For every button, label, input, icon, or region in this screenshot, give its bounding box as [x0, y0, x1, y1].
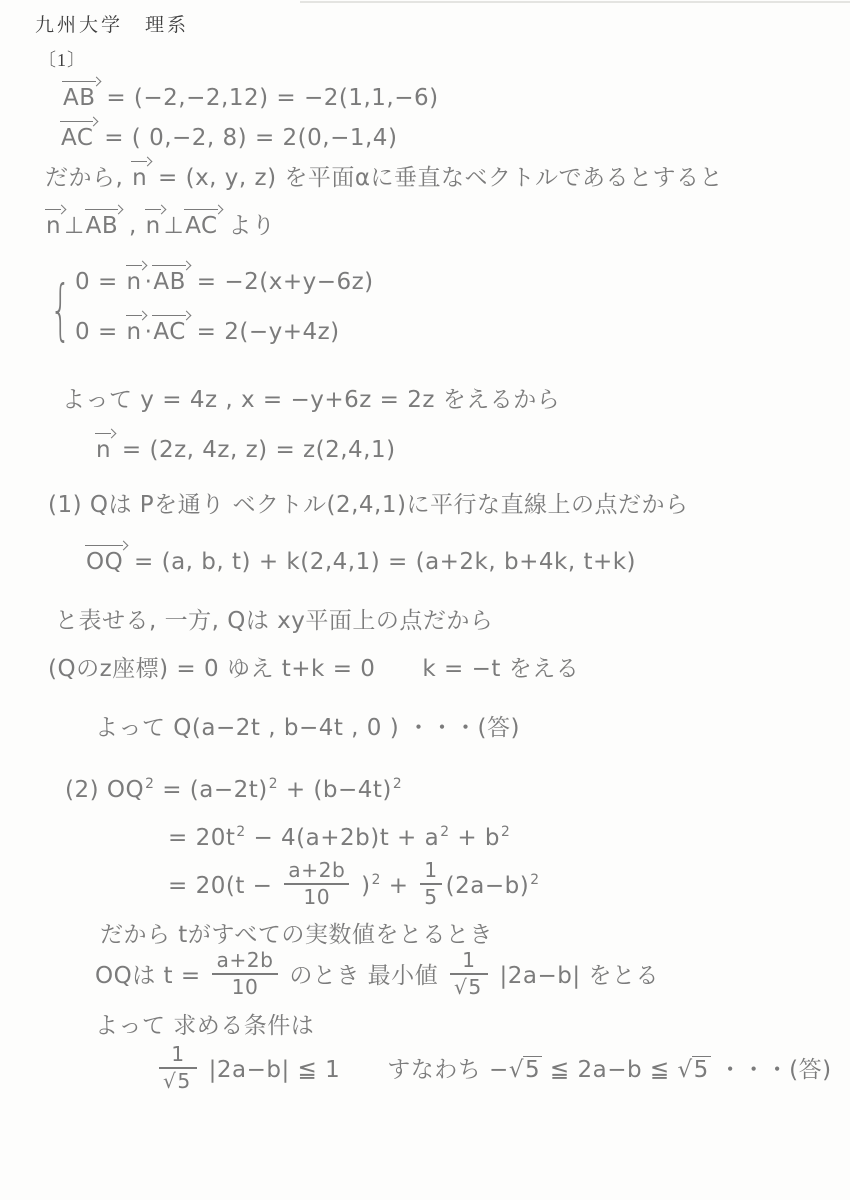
text-run: ≦ 2a−b ≦ — [542, 1057, 677, 1083]
vector-arrow: AC — [184, 208, 220, 241]
text-run: と表せる, 一方, Qは xy平面上の点だから — [55, 608, 493, 634]
sqrt-radical: √5 — [678, 1056, 711, 1085]
fraction-denominator: 10 — [212, 973, 277, 999]
paper-edge-shadow — [300, 1, 850, 3]
text-run: + — [381, 873, 416, 899]
text-run: OQは t = — [95, 963, 208, 989]
fraction: a+2b10 — [212, 950, 277, 999]
text-run: = ( 0,−2, 8) = 2(0,−1,4) — [96, 125, 397, 151]
text-run: よって 求める条件は — [95, 1013, 314, 1039]
math-line-14: (2) OQ2 = (a−2t)2 + (b−4t)2 — [65, 776, 402, 805]
text-run: だから, — [45, 165, 131, 191]
text-run: (2a−b) — [446, 873, 530, 899]
text-run: + b — [450, 825, 501, 851]
fraction-denominator: 5 — [420, 883, 441, 909]
fraction: 1√5 — [159, 1044, 197, 1093]
text-run: (1) Qは Pを通り ベクトル(2,4,1)に平行な直線上の点だから — [48, 492, 688, 518]
math-line-3: だから, n = (x, y, z) を平面αに垂直なベクトルであるとすると — [45, 164, 723, 193]
superscript: 2 — [236, 824, 245, 840]
text-run: 0 = — [75, 269, 126, 295]
text-run: − 4(a+2b)t + a — [246, 825, 440, 851]
text-run: だから tがすべての実数値をとるとき — [100, 922, 493, 948]
vector-arrow: OQ — [85, 544, 126, 577]
fraction-denominator: √5 — [450, 973, 488, 999]
text-run: = 20(t − — [168, 873, 280, 899]
sqrt-radicand: 5 — [175, 1068, 192, 1093]
superscript: 2 — [501, 824, 510, 840]
text-run: |2a−b| をとる — [492, 963, 659, 989]
text-run: = (−2,−2,12) = −2(1,1,−6) — [99, 85, 439, 111]
math-line-8: n = (2z, 4z, z) = z(2,4,1) — [95, 436, 396, 465]
vector-arrow: AB — [85, 208, 122, 241]
text-run: よって y = 4z , x = −y+6z = 2z をえるから — [62, 387, 560, 413]
text-run: = (x, y, z) を平面αに垂直なベクトルであるとすると — [150, 165, 723, 191]
math-line-20: 1√5 |2a−b| ≦ 1 すなわち −√5 ≦ 2a−b ≦ √5 ・・・(… — [155, 1046, 832, 1095]
vector-arrow: AC — [60, 120, 96, 153]
superscript: 2 — [372, 872, 381, 888]
text-run: = 20t — [168, 825, 235, 851]
page-title: 九州大学 理系 — [35, 10, 189, 37]
vector-arrow: n — [131, 160, 150, 193]
text-run: · — [145, 319, 153, 345]
math-line-2: AC = ( 0,−2, 8) = 2(0,−1,4) — [60, 124, 397, 153]
superscript: 2 — [269, 776, 278, 792]
math-line-17: だから tがすべての実数値をとるとき — [100, 921, 493, 950]
text-run: ) — [353, 873, 370, 899]
vector-arrow: n — [126, 264, 145, 297]
system-equations-brace: { — [50, 277, 71, 343]
text-run: よって Q(a−2t , b−4t , 0 ) ・・・(答) — [95, 715, 520, 741]
text-run: より — [221, 213, 276, 239]
superscript: 2 — [440, 824, 449, 840]
fraction: 15 — [420, 860, 441, 909]
text-run: , — [121, 213, 144, 239]
math-line-5: 0 = n·AB = −2(x+y−6z) — [75, 268, 374, 297]
fraction-denominator: √5 — [159, 1067, 197, 1093]
math-line-12: (Qのz座標) = 0 ゆえ t+k = 0 k = −t をえる — [48, 655, 579, 684]
text-run: = 2(−y+4z) — [189, 319, 340, 345]
text-run: ・・・(答) — [711, 1057, 832, 1083]
text-run: (Qのz座標) = 0 ゆえ t+k = 0 k = −t をえる — [48, 656, 579, 682]
fraction-numerator: 1 — [420, 860, 441, 883]
sqrt-radical: √5 — [509, 1056, 542, 1085]
math-line-6: 0 = n·AC = 2(−y+4z) — [75, 318, 340, 347]
text-run: · — [145, 269, 153, 295]
math-line-18: OQは t = a+2b10 のとき 最小値 1√5 |2a−b| をとる — [95, 952, 659, 1001]
text-run: |2a−b| ≦ 1 すなわち − — [201, 1057, 509, 1083]
sqrt-radicand: 5 — [466, 974, 483, 999]
vector-arrow: AC — [152, 314, 188, 347]
math-line-19: よって 求める条件は — [95, 1012, 314, 1041]
text-run: (2) OQ — [65, 777, 144, 803]
vector-arrow: n — [126, 314, 145, 347]
math-line-7: よって y = 4z , x = −y+6z = 2z をえるから — [62, 386, 560, 415]
sqrt-radicand: 5 — [523, 1056, 542, 1083]
fraction-numerator: a+2b — [212, 950, 277, 973]
text-run: = (a, b, t) + k(2,4,1) = (a+2k, b+4k, t+… — [126, 549, 636, 575]
text-run: のとき 最小値 — [282, 963, 446, 989]
text-run: = (2z, 4z, z) = z(2,4,1) — [114, 437, 396, 463]
superscript: 2 — [393, 776, 402, 792]
vector-arrow: n — [145, 208, 164, 241]
math-line-1: AB = (−2,−2,12) = −2(1,1,−6) — [62, 84, 439, 113]
worksheet-page: 九州大学 理系 〔1〕 { AB = (−2,−2,12) = −2(1,1,−… — [0, 0, 850, 1200]
math-line-9: (1) Qは Pを通り ベクトル(2,4,1)に平行な直線上の点だから — [48, 491, 688, 520]
math-line-4: n⊥AB , n⊥AC より — [45, 212, 275, 241]
text-run: = (a−2t) — [154, 777, 267, 803]
math-line-13: よって Q(a−2t , b−4t , 0 ) ・・・(答) — [95, 714, 520, 743]
fraction: 1√5 — [450, 950, 488, 999]
math-line-15: = 20t2 − 4(a+2b)t + a2 + b2 — [168, 824, 510, 853]
text-run: = −2(x+y−6z) — [189, 269, 374, 295]
sqrt-radicand: 5 — [692, 1056, 711, 1083]
superscript: 2 — [145, 776, 154, 792]
fraction: a+2b10 — [284, 860, 349, 909]
vector-arrow: n — [95, 432, 114, 465]
text-run: ⊥ — [64, 213, 85, 239]
text-run: 0 = — [75, 319, 126, 345]
fraction-denominator: 10 — [284, 883, 349, 909]
fraction-numerator: a+2b — [284, 860, 349, 883]
fraction-numerator: 1 — [450, 950, 488, 973]
text-run: + (b−4t) — [278, 777, 392, 803]
vector-arrow: AB — [152, 264, 189, 297]
math-line-16: = 20(t − a+2b10 )2 + 15(2a−b)2 — [168, 862, 540, 911]
vector-arrow: n — [45, 208, 64, 241]
math-line-10: OQ = (a, b, t) + k(2,4,1) = (a+2k, b+4k,… — [85, 548, 636, 577]
math-line-11: と表せる, 一方, Qは xy平面上の点だから — [55, 607, 493, 636]
superscript: 2 — [530, 872, 539, 888]
problem-number: 〔1〕 — [38, 46, 86, 72]
fraction-numerator: 1 — [159, 1044, 197, 1067]
text-run: ⊥ — [164, 213, 185, 239]
vector-arrow: AB — [62, 80, 99, 113]
